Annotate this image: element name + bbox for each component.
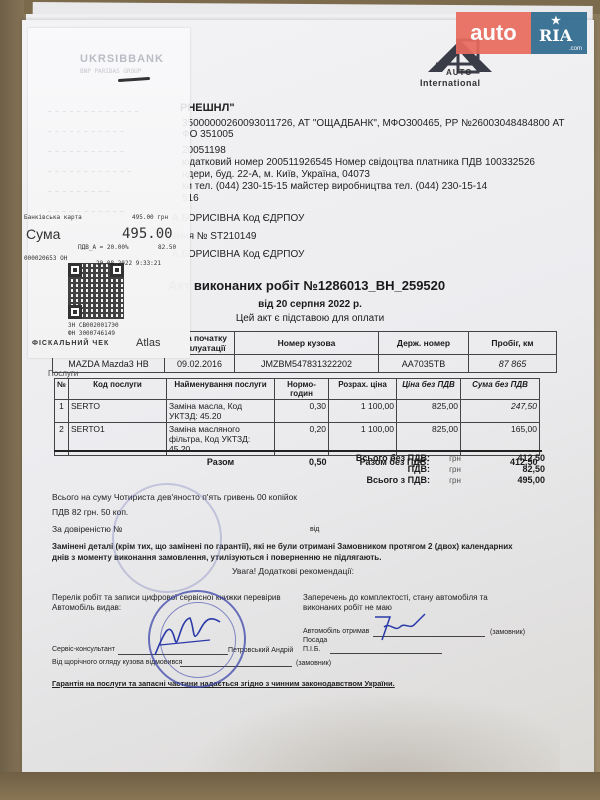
consultant-label: Сервіс-консультант — [52, 646, 115, 653]
logo-auto-text: AUTO — [446, 68, 473, 77]
right-block-line1: Заперечень до комплектості, стану автомо… — [303, 593, 488, 602]
left-block-line2: Автомобіль видав: — [52, 603, 121, 612]
name-label: П.І.Б. — [303, 646, 320, 653]
receipt-check-no: 000020653 ОН — [24, 255, 67, 262]
receipt-zn: ЗН СВ0020017Э0 — [68, 322, 119, 329]
receipt-fiscal-label: ФІСКАЛЬНИЙ ЧЕК — [32, 340, 109, 347]
watermark-ria: ★ RIA .com — [531, 12, 587, 54]
customer-line: А БОРИСІВНА Код ЄДРПОУ — [172, 213, 304, 224]
total-hours: 0,50 — [275, 456, 329, 469]
attention-text: Увага! Додаткові рекомендації: — [232, 566, 354, 576]
signature-line — [330, 653, 442, 654]
refusal-suffix: (замовник) — [296, 660, 331, 667]
receipt-vat-line: ПДВ_А = 20.00% — [78, 244, 129, 251]
receipt-bank: UKRSIBBANK — [80, 53, 164, 65]
warranty-text: Гарантія на послуги та запасні частини н… — [52, 679, 395, 688]
watermark-auto: auto — [456, 12, 531, 54]
plate-number: АА7035ТВ — [379, 355, 469, 373]
stamp — [112, 483, 222, 593]
total-label: Разом — [167, 456, 275, 469]
shadow — [180, 690, 560, 780]
document-title: Акт виконаних робіт №1286013_ВН_259520 — [168, 278, 445, 293]
received-label: Автомобіль отримав — [303, 628, 369, 635]
bank-details-line1: 35000000260093011726, АТ "ОЩАДБАНК", МФО… — [182, 118, 564, 130]
total-row: Всього без ПДВ: грн 412,50 — [330, 453, 545, 464]
staple — [118, 77, 150, 82]
divider — [54, 450, 542, 452]
signature-customer — [370, 612, 430, 642]
signature-consultant — [150, 610, 230, 660]
power-of-attorney-from: від — [310, 526, 319, 533]
position-label: Посада — [303, 637, 327, 644]
total-row: ПДВ: грн 82,50 — [330, 464, 545, 475]
tax-number: юдатковий номер 200511926545 Номер свідо… — [182, 157, 535, 169]
payer-line: А БОРИСІВНА Код ЄДРПОУ — [172, 249, 304, 260]
services-label: Послуги — [48, 369, 78, 378]
table-surface — [0, 0, 24, 800]
logo-international-text: International — [420, 78, 481, 88]
total-row: Всього з ПДВ: грн 495,00 — [330, 475, 545, 486]
right-block-line2: виконаних робіт не маю — [303, 603, 392, 612]
autoria-watermark: auto ★ RIA .com — [456, 12, 587, 54]
receipt-fn: ФН 3000746149 — [68, 330, 115, 337]
payment-receipt: UKRSIBBANK BNP PARIBAS GROUP — — — — — —… — [28, 28, 190, 358]
receipt-card-label: Банківська карта — [24, 214, 82, 221]
receipt-sum-label: Сума — [26, 226, 60, 242]
qr-code[interactable] — [68, 263, 124, 319]
receipt-card-amount: 495.00 грн — [132, 214, 168, 221]
receipt-sum-value: 495.00 — [122, 226, 173, 242]
company-address: ндери, буд. 22-А, м. Київ, Україна, 0407… — [182, 169, 370, 181]
company-phones: ки тел. (044) 230-15-15 майстер виробниц… — [182, 181, 487, 193]
receipt-brand: Atlas — [136, 337, 160, 349]
table-row: 1 SERTO Заміна масла, Код УКТЗД: 45.20 0… — [55, 400, 540, 423]
table-surface — [0, 772, 600, 800]
totals-block: Всього без ПДВ: грн 412,50 ПДВ: грн 82,5… — [330, 453, 545, 486]
mileage: 87 865 — [469, 355, 557, 373]
receipt-bank-sub: BNP PARIBAS GROUP — [80, 68, 141, 75]
received-suffix: (замовник) — [490, 629, 525, 636]
vin: JMZBM547831322202 — [235, 355, 379, 373]
receipt-vat-value: 82.50 — [158, 244, 176, 251]
